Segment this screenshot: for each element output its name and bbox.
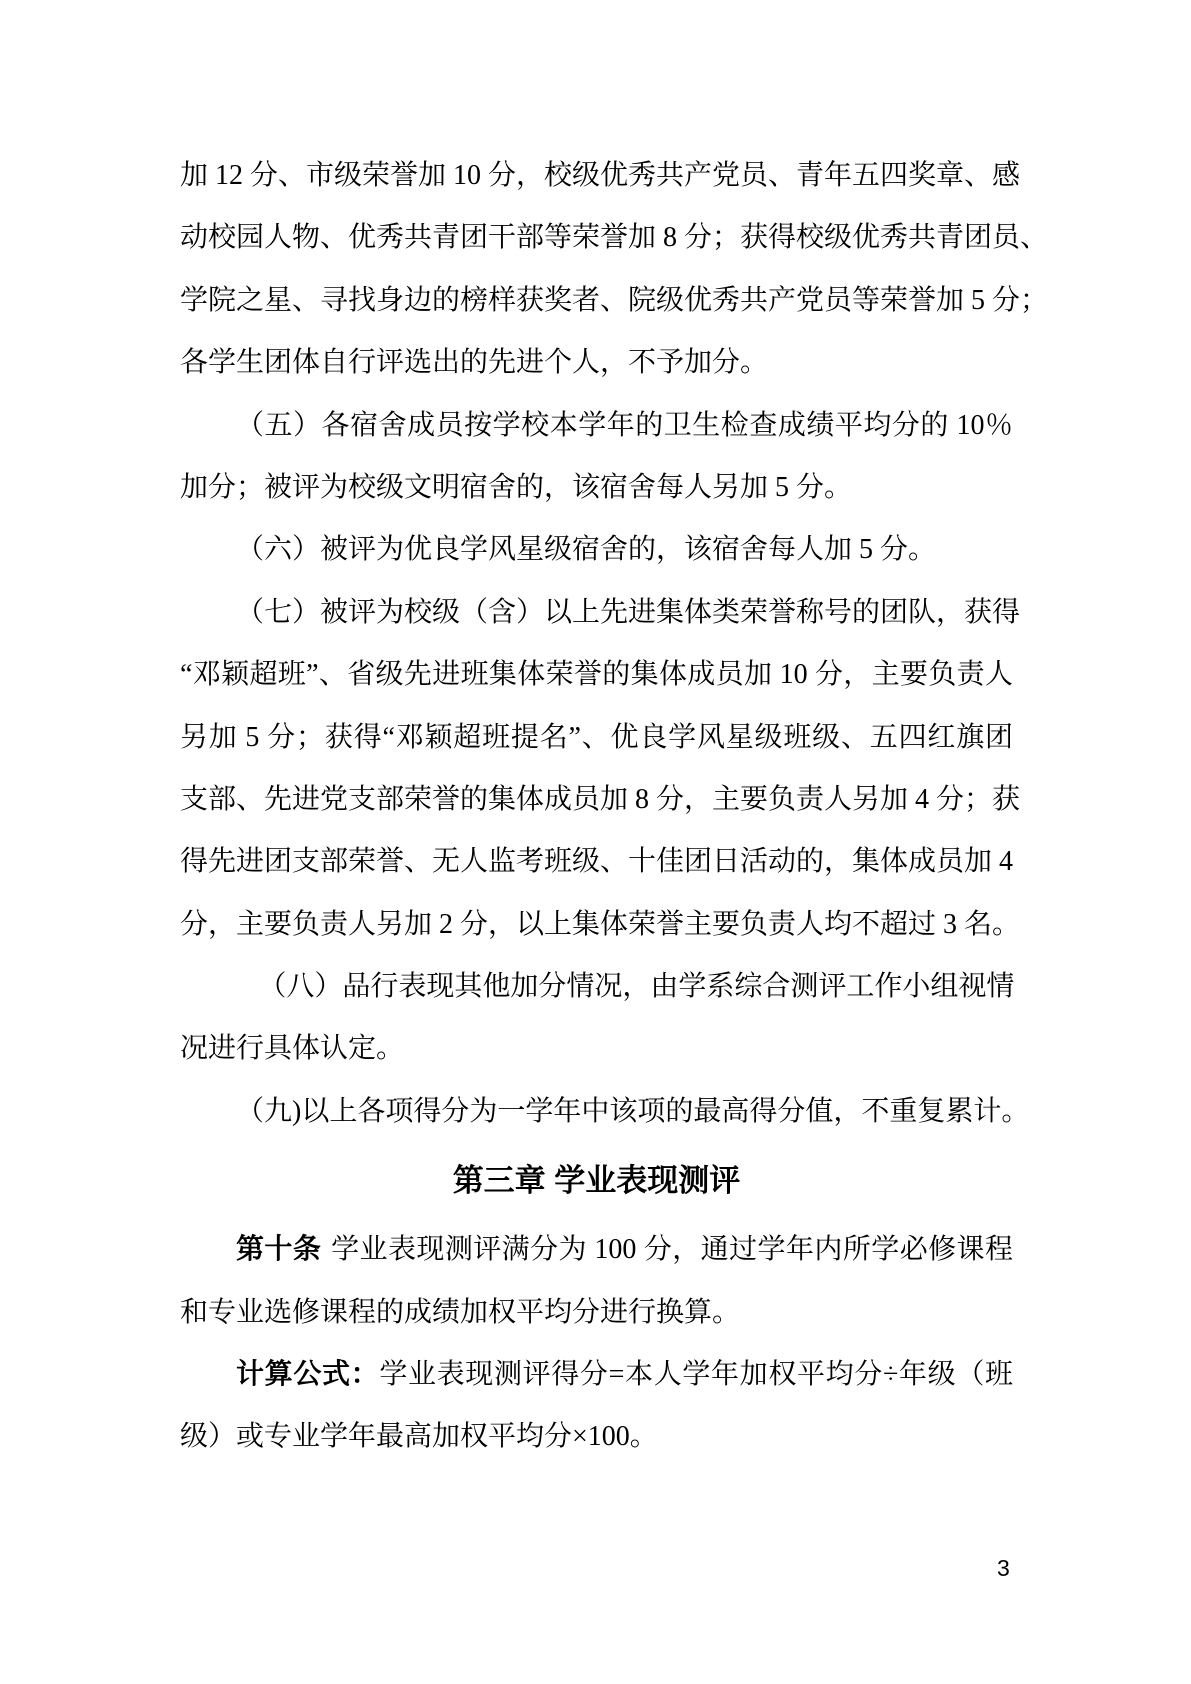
text-line: 学院之星、寻找身边的榜样获奖者、院级优秀共产党员等荣誉加 5 分； [180, 270, 1013, 332]
text-line: （六）被评为优良学风星级宿舍的，该宿舍每人加 5 分。 [180, 519, 1013, 581]
page-number: 3 [997, 1554, 1010, 1582]
text-line: 和专业选修课程的成绩加权平均分进行换算。 [180, 1282, 1013, 1344]
text-line: 得先进团支部荣誉、无人监考班级、十佳团日活动的，集体成员加 4 [180, 831, 1013, 893]
chapter-heading: 第三章 学业表现测评 [180, 1143, 1013, 1219]
text-line: 动校园人物、优秀共青团干部等荣誉加 8 分；获得校级优秀共青团员、 [180, 207, 1013, 269]
text-line: （八）品行表现其他加分情况，由学系综合测评工作小组视情 [180, 956, 1013, 1018]
paragraph-item-7: （七）被评为校级（含）以上先进集体类荣誉称号的团队，获得 “邓颖超班”、省级先进… [180, 582, 1013, 956]
document-body: 加 12 分、市级荣誉加 10 分，校级优秀共产党员、青年五四奖章、感 动校园人… [180, 145, 1013, 1469]
text-line: “邓颖超班”、省级先进班集体荣誉的集体成员加 10 分，主要负责人 [180, 644, 1013, 706]
text-line: 支部、先进党支部荣誉的集体成员加 8 分，主要负责人另加 4 分；获 [180, 769, 1013, 831]
text-line: 另加 5 分；获得“邓颖超班提名”、优良学风星级班级、五四红旗团 [180, 707, 1013, 769]
text-line: 计算公式：学业表现测评得分=本人学年加权平均分÷年级（班 [180, 1344, 1013, 1406]
paragraph-article-10: 第十条学业表现测评满分为 100 分，通过学年内所学必修课程 和专业选修课程的成… [180, 1219, 1013, 1344]
paragraph-item-8: （八）品行表现其他加分情况，由学系综合测评工作小组视情 况进行具体认定。 [180, 956, 1013, 1081]
text-line: （九)以上各项得分为一学年中该项的最高得分值，不重复累计。 [180, 1081, 1013, 1143]
document-page: 加 12 分、市级荣誉加 10 分，校级优秀共产党员、青年五四奖章、感 动校园人… [0, 0, 1191, 1684]
text-line: 加 12 分、市级荣誉加 10 分，校级优秀共产党员、青年五四奖章、感 [180, 145, 1013, 207]
text-line: 各学生团体自行评选出的先进个人，不予加分。 [180, 332, 1013, 394]
text-line: 况进行具体认定。 [180, 1018, 1013, 1080]
text-line: （七）被评为校级（含）以上先进集体类荣誉称号的团队，获得 [180, 582, 1013, 644]
text-line: 分，主要负责人另加 2 分，以上集体荣誉主要负责人均不超过 3 名。 [180, 894, 1013, 956]
paragraph-item-6: （六）被评为优良学风星级宿舍的，该宿舍每人加 5 分。 [180, 519, 1013, 581]
article-10-text: 学业表现测评满分为 100 分，通过学年内所学必修课程 [331, 1234, 1013, 1265]
paragraph-honors-continuation: 加 12 分、市级荣誉加 10 分，校级优秀共产党员、青年五四奖章、感 动校园人… [180, 145, 1013, 395]
text-line: （五）各宿舍成员按学校本学年的卫生检查成绩平均分的 10％ [180, 395, 1013, 457]
article-10-label: 第十条 [236, 1234, 321, 1265]
text-line: 级）或专业学年最高加权平均分×100。 [180, 1406, 1013, 1468]
paragraph-item-9: （九)以上各项得分为一学年中该项的最高得分值，不重复累计。 [180, 1081, 1013, 1143]
paragraph-item-5: （五）各宿舍成员按学校本学年的卫生检查成绩平均分的 10％ 加分；被评为校级文明… [180, 395, 1013, 520]
text-line: 第十条学业表现测评满分为 100 分，通过学年内所学必修课程 [180, 1219, 1013, 1281]
text-line: 加分；被评为校级文明宿舍的，该宿舍每人另加 5 分。 [180, 457, 1013, 519]
formula-label: 计算公式： [236, 1359, 379, 1390]
formula-text: 学业表现测评得分=本人学年加权平均分÷年级（班 [379, 1359, 1013, 1390]
paragraph-formula: 计算公式：学业表现测评得分=本人学年加权平均分÷年级（班 级）或专业学年最高加权… [180, 1344, 1013, 1469]
